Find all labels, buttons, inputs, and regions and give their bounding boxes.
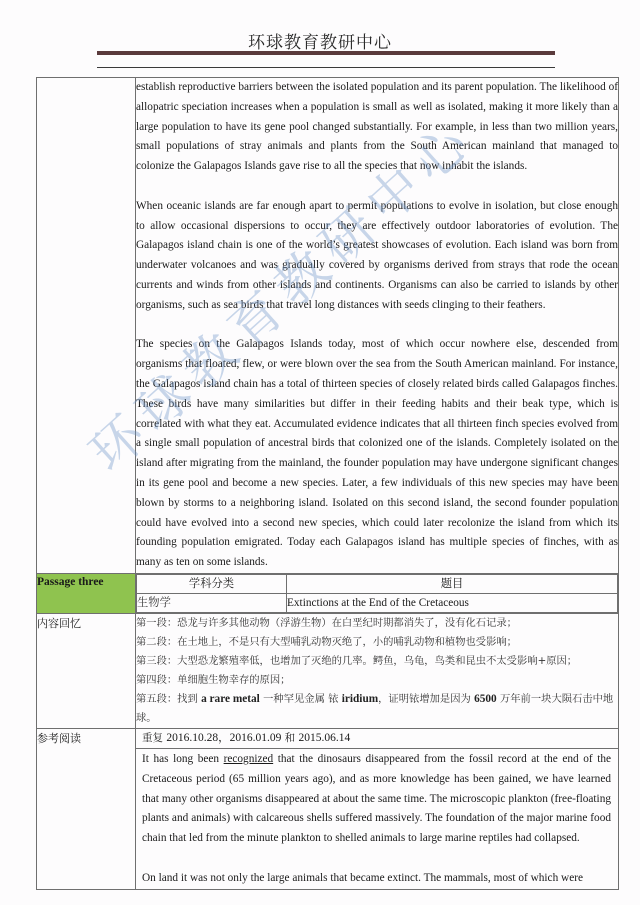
passage-two-label-cell — [37, 78, 136, 574]
header-rule-thick — [97, 51, 555, 55]
content-recall-list: 第一段：恐龙与许多其他动物（浮游生物）在白垩纪时期都消失了，没有化石记录； 第二… — [136, 613, 619, 728]
text: It has long been — [142, 753, 224, 765]
header-title: 环球教育教研中心 — [0, 28, 640, 53]
content-recall-label: 内容回忆 — [37, 613, 136, 728]
paragraph: When oceanic islands are far enough apar… — [136, 197, 618, 316]
repeat-dates: 重复 2016.10.28，2016.01.09 和 2015.06.14 — [136, 729, 618, 749]
passage-three-header-row: Passage three 学科分类 题目 生物学 Extinctions at… — [37, 573, 619, 613]
reference-reading-row: 参考阅读 重复 2016.10.28，2016.01.09 和 2015.06.… — [37, 728, 619, 889]
repeat-and: 和 — [281, 732, 298, 744]
reference-reading-label: 参考阅读 — [37, 728, 136, 889]
underlined-word: recognized — [224, 753, 274, 765]
passage-table: establish reproductive barriers between … — [36, 77, 619, 890]
content-recall-row: 内容回忆 第一段：恐龙与许多其他动物（浮游生物）在白垩纪时期都消失了，没有化石记… — [37, 613, 619, 728]
recall-english: a rare metal — [201, 693, 260, 705]
repeat-label: 重复 — [142, 732, 166, 744]
recall-item: 第五段：找到 a rare metal 一种罕见金属 铱 iridium，证明铱… — [136, 690, 618, 728]
repeat-date-last: 2015.06.14 — [299, 732, 351, 744]
title-value: Extinctions at the End of the Cretaceous — [287, 593, 618, 612]
subject-header: 学科分类 — [137, 574, 287, 593]
passage-two-text: establish reproductive barriers between … — [136, 78, 619, 574]
passage-three-label: Passage three — [37, 573, 136, 613]
paragraph: It has long been recognized that the din… — [142, 750, 611, 849]
title-header: 题目 — [287, 574, 618, 593]
passage-three-meta-cell: 学科分类 题目 生物学 Extinctions at the End of th… — [136, 573, 619, 613]
recall-item: 第二段：在土地上，不是只有大型哺乳动物灭绝了，小的哺乳动物和植物也受影响； — [136, 633, 618, 652]
reference-reading-text: It has long been recognized that the din… — [136, 749, 618, 889]
subject-value: 生物学 — [137, 593, 287, 612]
recall-text: 第五段：找到 — [136, 693, 201, 705]
paragraph: establish reproductive barriers between … — [136, 78, 618, 177]
recall-item: 第一段：恐龙与许多其他动物（浮游生物）在白垩纪时期都消失了，没有化石记录； — [136, 614, 618, 633]
recall-english: iridium — [342, 693, 378, 705]
header-rule-thin — [97, 67, 555, 68]
recall-item: 第三段：大型恐龙繁殖率低，也增加了灭绝的几率。鳄鱼，乌龟，鸟类和昆虫不太受影响+… — [136, 652, 618, 671]
paragraph: The species on the Galapagos Islands tod… — [136, 335, 618, 573]
recall-number: 6500 — [474, 693, 497, 705]
passage-two-row: establish reproductive barriers between … — [37, 78, 619, 574]
repeat-date-list: 2016.10.28，2016.01.09 — [166, 732, 281, 744]
passage-three-meta: 学科分类 题目 生物学 Extinctions at the End of th… — [136, 574, 618, 613]
paragraph: On land it was not only the large animal… — [142, 869, 611, 889]
recall-item: 第四段：单细胞生物幸存的原因； — [136, 671, 618, 690]
recall-text: 一种罕见金属 铱 — [260, 693, 342, 705]
reference-reading-cell: 重复 2016.10.28，2016.01.09 和 2015.06.14 It… — [136, 728, 619, 889]
recall-text: ，证明铱增加是因为 — [378, 693, 474, 705]
text: that the dinosaurs disappeared from the … — [142, 753, 611, 844]
